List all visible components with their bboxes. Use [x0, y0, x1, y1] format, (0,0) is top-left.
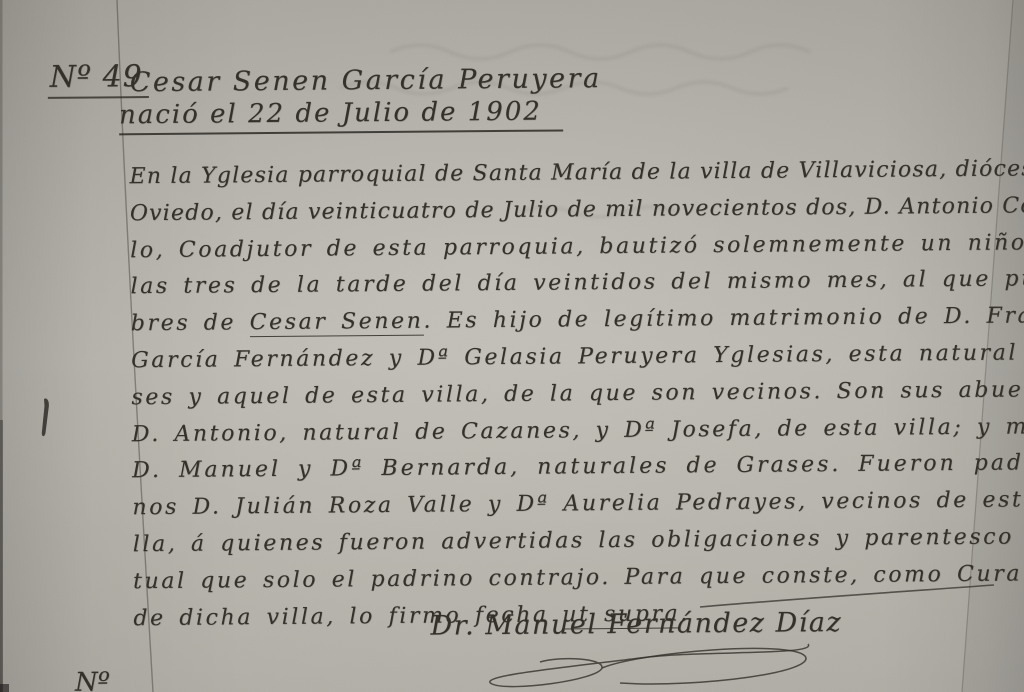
- birth-date-text: nació el 22 de Julio de 1902: [119, 97, 542, 131]
- entry-line-text: bres de: [131, 310, 250, 336]
- entry-line: tual que solo el padrino contrajo. Para …: [133, 556, 1024, 601]
- underlined-child-name: Cesar Senen: [250, 309, 424, 338]
- priest-signature: Dr. Manuel Fernández Díaz: [430, 607, 842, 642]
- birth-date-heading: nació el 22 de Julio de 1902: [119, 96, 563, 135]
- next-record-number: Nº: [75, 667, 110, 692]
- handwritten-entry: Nº 49 Cesar Senen García Peruyera nació …: [0, 0, 1024, 692]
- baptism-register-page-photo: Nº 49 Cesar Senen García Peruyera nació …: [0, 0, 1024, 692]
- entry-body: En la Yglesia parroquial de Santa María …: [129, 151, 1024, 637]
- entry-line-text: . Es hijo de legítimo matrimonio de D. F…: [423, 303, 1024, 334]
- child-name-heading: Cesar Senen García Peruyera: [130, 63, 602, 98]
